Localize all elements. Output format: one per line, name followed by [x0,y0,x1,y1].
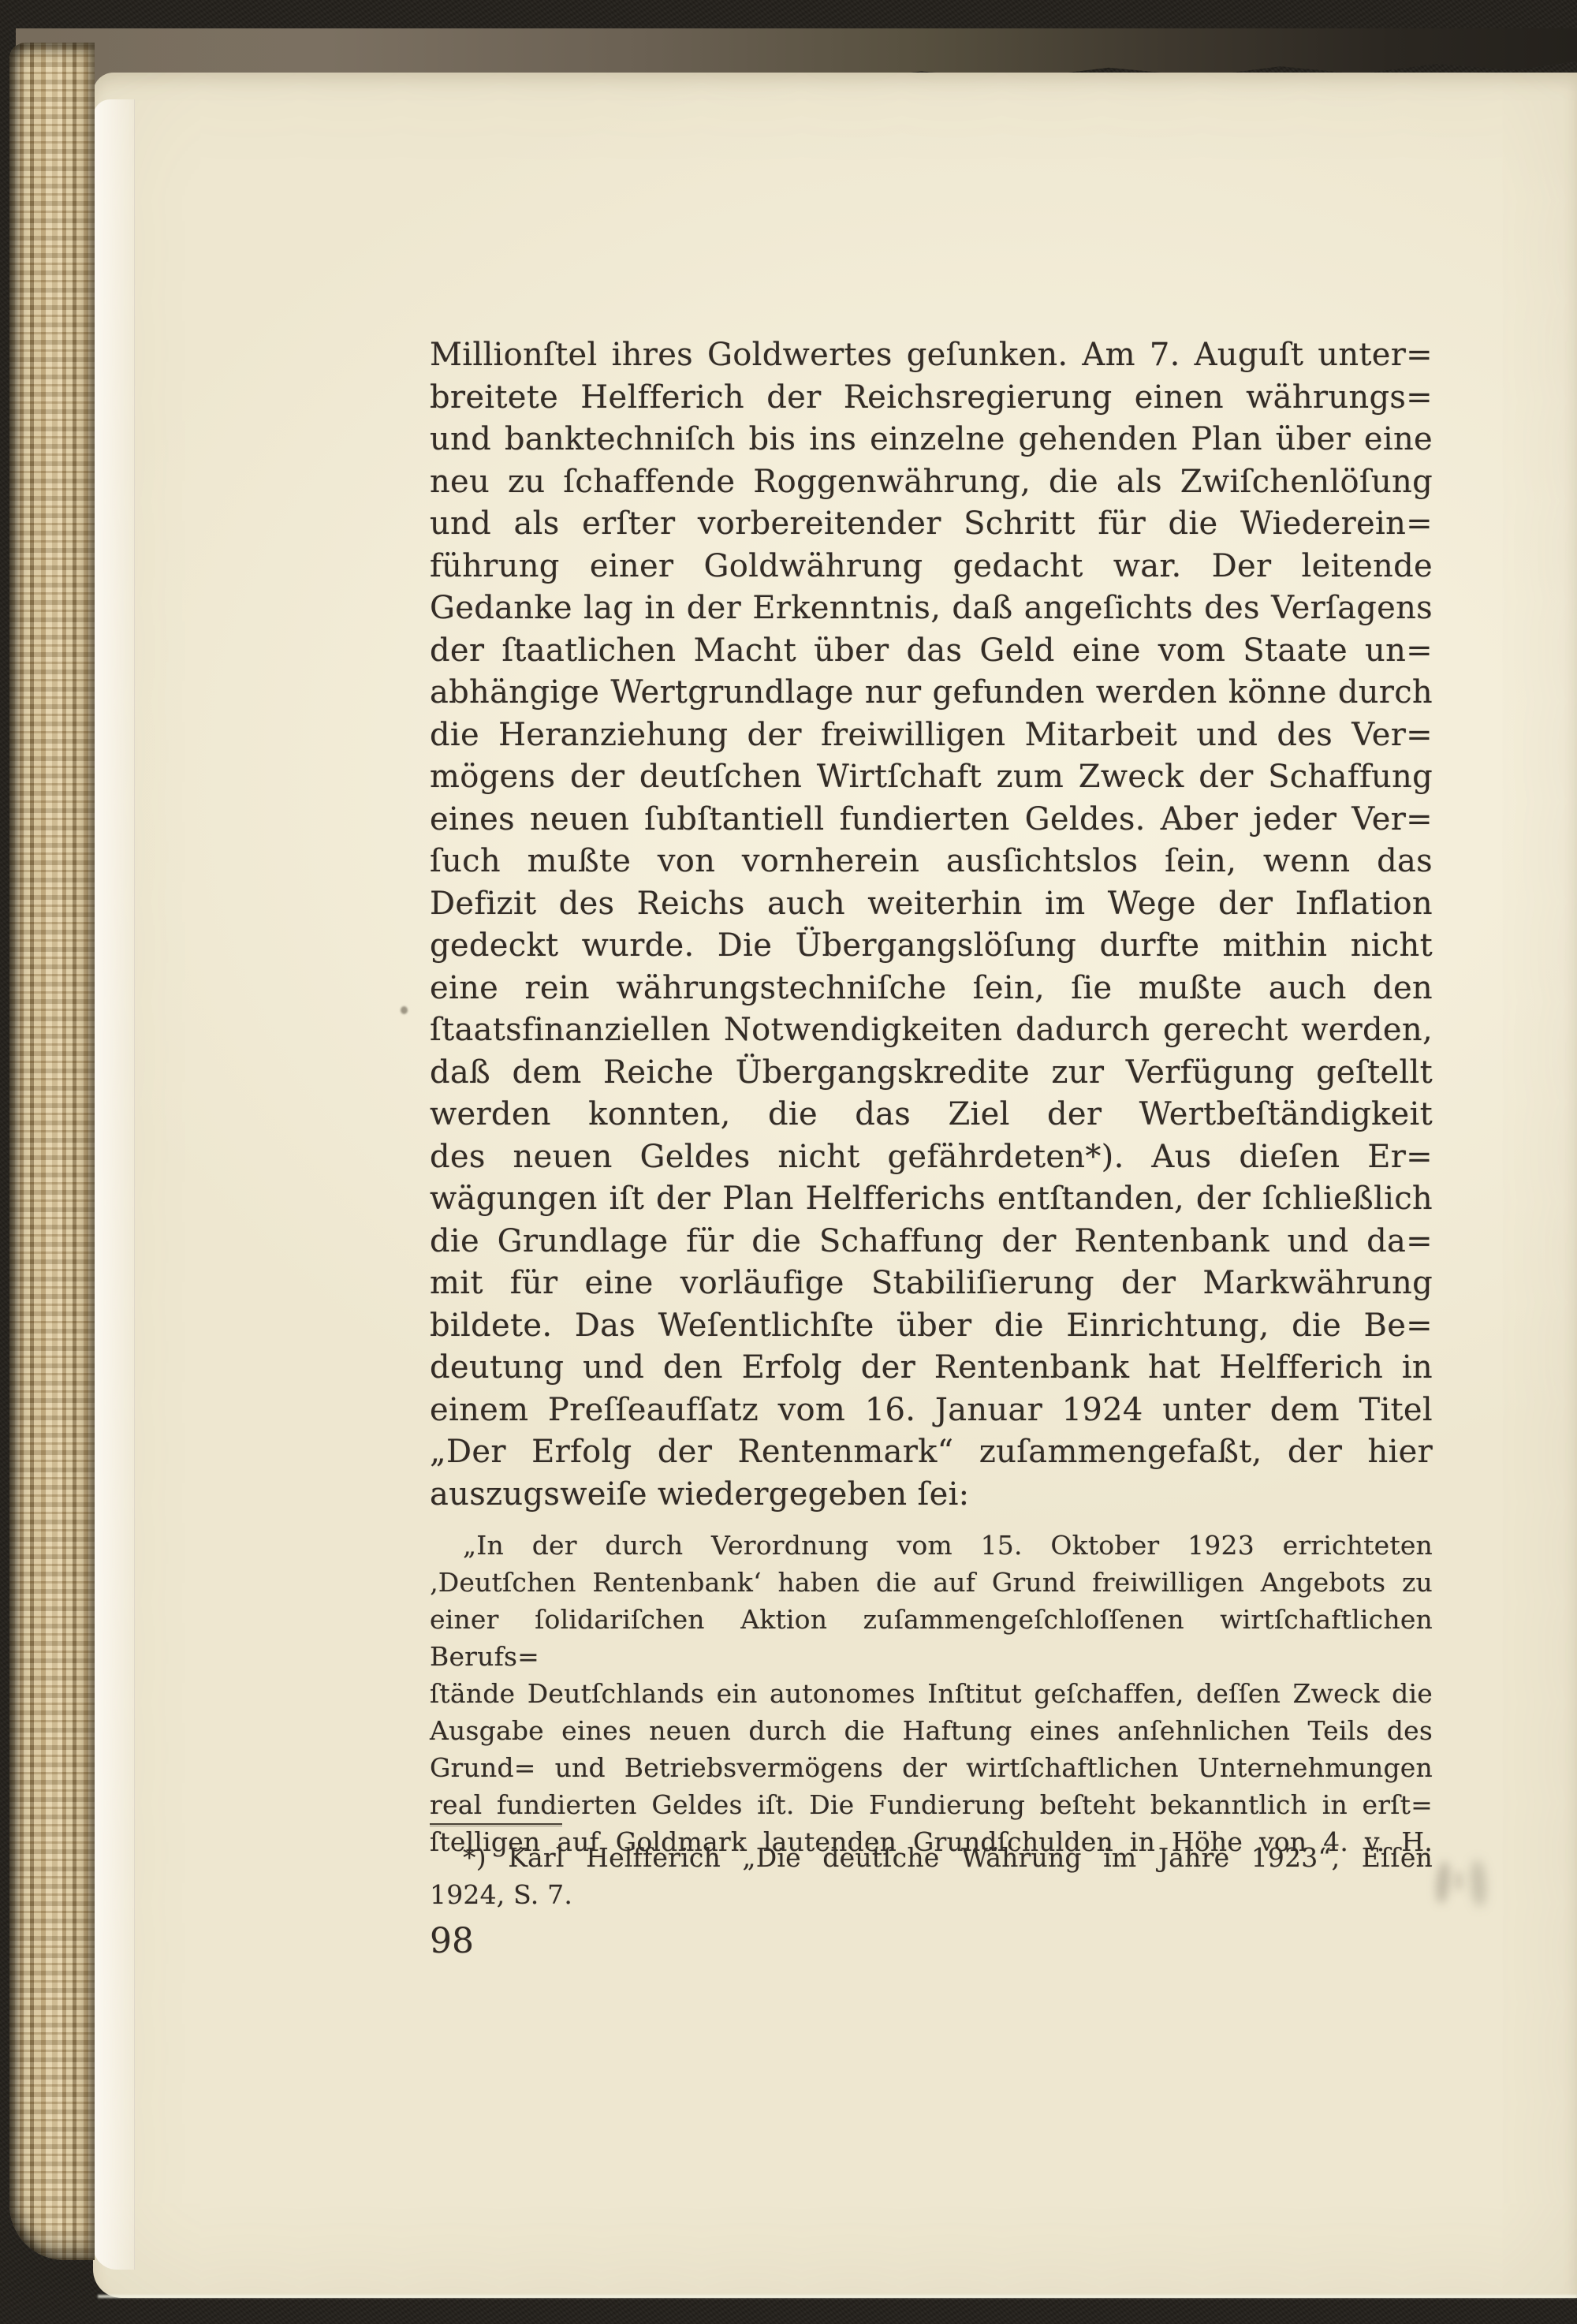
text-line: bildete. Das Weſentlichſte über die Einr… [430,1305,1433,1348]
paper-smudge [1455,1871,1463,1891]
text-line: einem Preſſeaufſatz vom 16. Januar 1924 … [430,1390,1433,1432]
text-line: wägungen iſt der Plan Helfferichs entſta… [430,1178,1433,1221]
text-line: ‚Deutſchen Rentenbank‘ haben die auf Gru… [430,1564,1433,1601]
text-line: eines neuen ſubſtantiell fundierten Geld… [430,799,1433,841]
text-line: führung einer Goldwährung gedacht war. D… [430,546,1433,588]
text-line: „In der durch Verordnung vom 15. Oktober… [430,1527,1433,1564]
scanned-book-photo: { "colors": { "paper": "#f4eeda", "ink":… [0,0,1577,2324]
text-line: Gedanke lag in der Erkenntnis, daß angeſ… [430,588,1433,630]
text-line: Millionſtel ihres Goldwertes geſunken. A… [430,334,1433,377]
text-line: gedeckt wurde. Die Übergangslöſung durft… [430,925,1433,968]
text-line: Ausgabe eines neuen durch die Haftung ei… [430,1712,1433,1749]
text-line: real fundierten Geldes iſt. Die Fundieru… [430,1786,1433,1823]
text-line: die Heranziehung der freiwilligen Mitarb… [430,714,1433,757]
text-line: werden konnten, die das Ziel der Wertbeſ… [430,1094,1433,1136]
text-line: und als erſter vorbereitender Schritt fü… [430,503,1433,546]
footnote-line: 1924, S. 7. [430,1876,1433,1913]
text-line: die Grundlage für die Schaffung der Rent… [430,1221,1433,1263]
text-line: deutung und den Erfolg der Rentenbank ha… [430,1347,1433,1390]
footnote: *) Karl Helfferich „Die deutſche Währung… [430,1839,1433,1913]
text-line: ſtände Deutſchlands ein autonomes Inſtit… [430,1675,1433,1712]
text-line: mit für eine vorläufige Stabiliſierung d… [430,1263,1433,1305]
main-paragraph: Millionſtel ihres Goldwertes geſunken. A… [430,334,1433,1516]
paper-smudge [1470,1859,1487,1907]
ink-speck [401,1006,408,1014]
footnote-line: *) Karl Helfferich „Die deutſche Währung… [430,1839,1433,1876]
text-line: „Der Erfolg der Rentenmark“ zuſammengefa… [430,1431,1433,1474]
text-line: des neuen Geldes nicht gefährdeten*). Au… [430,1136,1433,1179]
text-line: neu zu ſchaffende Roggenwährung, die als… [430,461,1433,504]
text-line: daß dem Reiche Übergangskredite zur Verf… [430,1052,1433,1095]
footnote-separator-rule [430,1823,562,1827]
book-page: Millionſtel ihres Goldwertes geſunken. A… [93,73,1577,2298]
text-line: Grund= und Betriebsvermögens der wirtſch… [430,1749,1433,1786]
text-line: Defizit des Reichs auch weiterhin im Weg… [430,883,1433,926]
text-line: ſuch mußte von vornherein ausſichtslos ſ… [430,841,1433,883]
text-line: und banktechniſch bis ins einzelne gehen… [430,419,1433,461]
text-line: einer ſolidariſchen Aktion zuſammengeſch… [430,1601,1433,1675]
text-line: mögens der deutſchen Wirtſchaft zum Zwec… [430,756,1433,799]
text-line: breitete Helfferich der Reichsregierung … [430,377,1433,420]
text-line: ſtaatsfinanziellen Notwendigkeiten dadur… [430,1009,1433,1052]
quoted-press-article-block: „In der durch Verordnung vom 15. Oktober… [430,1527,1433,1860]
text-line: der ſtaatlichen Macht über das Geld eine… [430,630,1433,673]
under-page-edge-strip [93,99,135,2270]
paper-smudge [1434,1860,1452,1904]
text-line: abhängige Wertgrundlage nur gefunden wer… [430,672,1433,714]
text-line: auszugsweiſe wiedergegeben ſei: [430,1474,1433,1516]
text-line: eine rein währungstechniſche ſein, ſie m… [430,968,1433,1010]
page-deckle-edges [9,43,95,2260]
page-number: 98 [430,1924,474,1959]
